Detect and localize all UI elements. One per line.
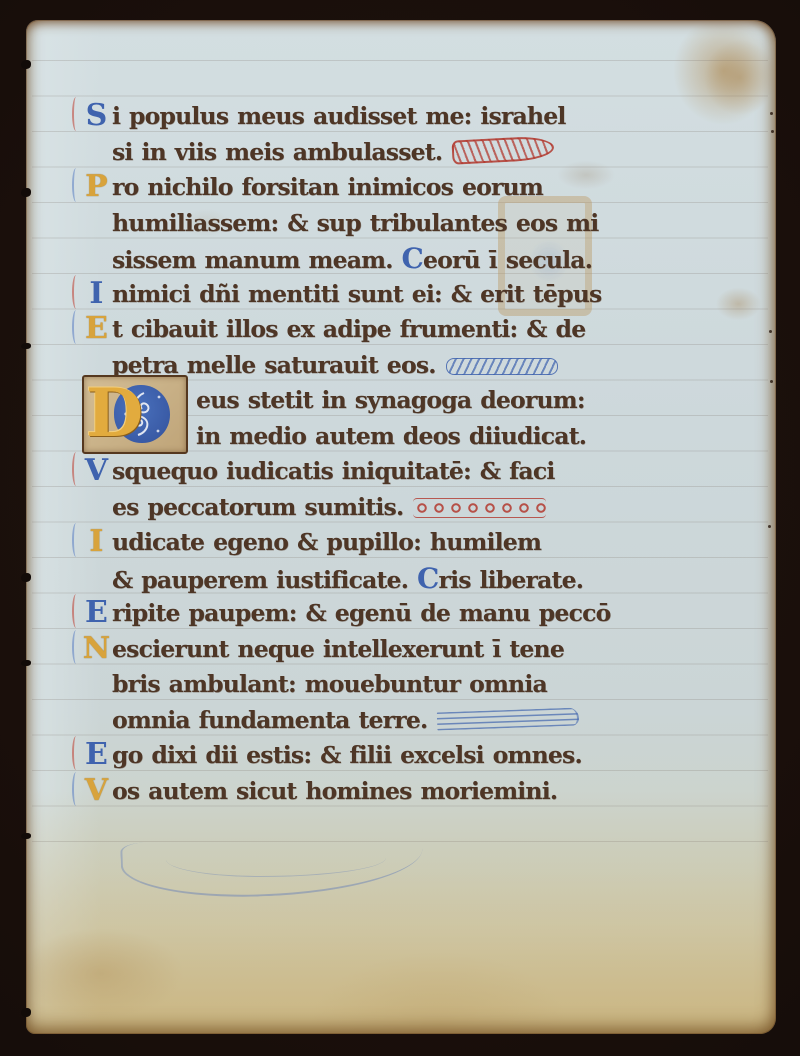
sewing-hole [21,573,31,582]
line-text: os autem sicut homines moriemini. [112,777,557,805]
edge-speck [770,112,773,115]
line-text: t cibauit illos ex adipe frumenti: & de [112,315,585,343]
sewing-hole [21,660,31,666]
text-line: si in viis meis ambulasset. [112,135,702,171]
text-line: in medio autem deos diiudicat. [112,419,702,455]
text-line: eus stetit in synagoga deorum: [112,383,702,419]
text-line: petra melle saturauit eos. [112,348,702,384]
text-line: Et cibauit illos ex adipe frumenti: & de [112,312,702,348]
overflow-paraph-initial: C [417,562,439,595]
text-line: bris ambulant: mouebuntur omnia [112,667,702,703]
versal-initial: E [81,312,111,346]
text-line: Pro nichilo forsitan inimicos eorum [112,170,702,206]
sewing-hole [21,343,31,349]
edge-speck [770,380,773,383]
text-line: Vsquequo iudicatis iniquitatē: & faci [112,454,702,490]
line-text: udicate egeno & pupillo: humilem [112,528,541,556]
initial-letter: D [86,372,188,454]
photo-background: Si populus meus audisset me: israhelsi i… [0,0,800,1056]
text-line: Iudicate egeno & pupillo: humilem [112,525,702,561]
versal-initial: V [81,774,111,808]
line-text: bris ambulant: mouebuntur omnia [112,670,547,698]
line-text: si in viis meis ambulasset. [112,138,442,166]
line-text: escierunt neque intellexerunt ī tene [112,635,564,663]
versal-initial: P [81,170,111,204]
illuminated-initial-D: D [82,375,188,454]
text-line: Vos autem sicut homines moriemini. [112,774,702,810]
versal-initial: S [81,99,111,133]
line-text: ro nichilo forsitan inimicos eorum [112,173,543,201]
line-text: & pauperem iustificate. [112,566,417,594]
sewing-hole [21,188,31,197]
line-filler-red-coil [413,498,546,518]
line-text: in medio autem deos diiudicat. [196,422,586,450]
edge-speck [768,525,771,528]
sewing-hole [21,833,31,839]
line-text: es peccatorum sumitis. [112,493,403,521]
line-text: ripite paupem: & egenū de manu peccō [112,599,610,627]
line-text: squequo iudicatis iniquitatē: & faci [112,457,554,485]
text-line: humiliassem: & sup tribulantes eos mi [112,206,702,242]
versal-initial: I [81,525,111,559]
versal-initial: E [81,738,111,772]
text-line: es peccatorum sumitis. [112,490,702,526]
edge-speck [771,130,774,133]
sewing-hole [21,60,31,69]
line-text: omnia fundamenta terre. [112,706,427,734]
line-filler-red-banner [452,135,555,164]
text-line: Nescierunt neque intellexerunt ī tene [112,632,702,668]
versal-initial: E [81,596,111,630]
line-text: ris liberate. [438,566,583,594]
versal-initial: N [81,632,111,666]
line-text: sissem manum meam. [112,246,402,274]
line-text: nimici dñi mentiti sunt ei: & erit tēpus [112,280,601,308]
text-line: Ego dixi dii estis: & filii excelsi omne… [112,738,702,774]
versal-initial: V [81,454,111,488]
text-line: Inimici dñi mentiti sunt ei: & erit tēpu… [112,277,702,313]
line-text: eorū ī secula. [423,246,592,274]
text-line: Eripite paupem: & egenū de manu peccō [112,596,702,632]
text-line: omnia fundamenta terre. [112,703,702,739]
overflow-paraph-initial: C [402,242,424,275]
sewing-hole [21,1008,31,1017]
text-line: & pauperem iustificate. Cris liberate. [112,561,702,597]
edge-speck [769,330,772,333]
line-filler-blue-scroll [446,358,558,375]
line-text: i populus meus audisset me: israhel [112,102,566,130]
line-text: eus stetit in synagoga deorum: [196,386,585,414]
line-text: go dixi dii estis: & filii excelsi omnes… [112,741,582,769]
text-line: Si populus meus audisset me: israhel [112,99,702,135]
line-text: humiliassem: & sup tribulantes eos mi [112,209,598,237]
text-line: sissem manum meam. Ceorū ī secula. [112,241,702,277]
line-filler-blue-feather [437,708,580,731]
versal-initial: I [81,277,111,311]
text-block: Si populus meus audisset me: israhelsi i… [112,99,702,809]
manuscript-leaf: Si populus meus audisset me: israhelsi i… [26,20,776,1034]
